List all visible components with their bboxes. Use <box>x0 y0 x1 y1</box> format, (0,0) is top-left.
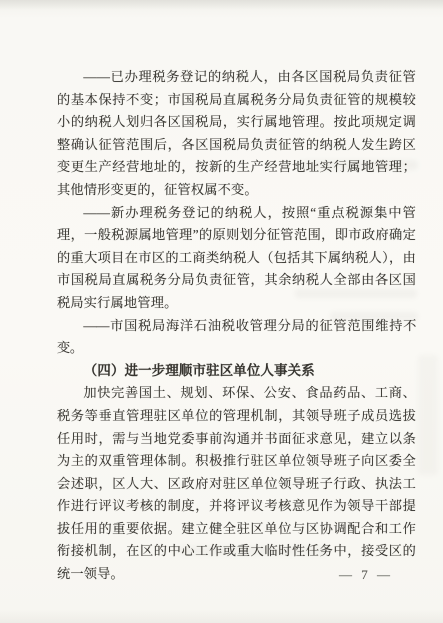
paragraph-registered-taxpayers: ——已办理税务登记的纳税人，由各区国税局负责征管的基本保持不变；市国税局直属税务… <box>57 66 416 202</box>
scanned-document-page: ——已办理税务登记的纳税人，由各区国税局负责征管的基本保持不变；市国税局直属税务… <box>0 0 443 623</box>
scan-edge-shading-bottom <box>0 609 443 623</box>
scan-edge-shading-top <box>0 0 443 10</box>
document-body: ——已办理税务登记的纳税人，由各区国税局负责征管的基本保持不变；市国税局直属税务… <box>57 66 416 586</box>
paragraph-offshore-oil-tax-branch: ——市国税局海洋石油税收管理分局的征管范围维持不变。 <box>57 315 416 360</box>
page-number: — 7 — <box>339 567 393 583</box>
paragraph-district-units-management: 加快完善国土、规划、环保、公安、食品药品、工商、税务等垂直管理驻区单位的管理机制… <box>57 382 416 585</box>
section-heading-personnel-relations: （四）进一步理顺市驻区单位人事关系 <box>57 360 416 383</box>
paragraph-new-tax-registration: ——新办理税务登记的纳税人，按照“重点税源集中管理，一般税源属地管理”的原则划分… <box>57 202 416 315</box>
ink-bleedthrough-smudge <box>418 355 438 475</box>
